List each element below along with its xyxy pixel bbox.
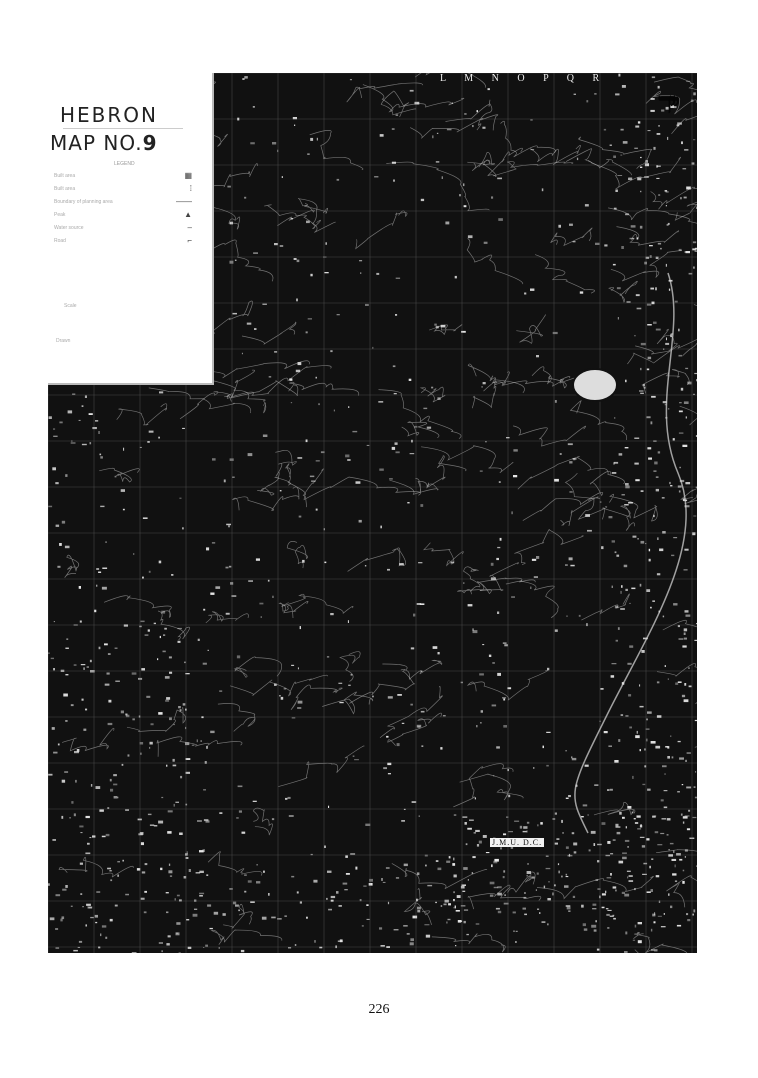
legend-item: Water source– [54, 225, 202, 235]
map-number-label: MAP NO.9 [50, 131, 158, 155]
legend-item-label: Built area [54, 186, 75, 192]
map-legend-panel: HEBRON MAP NO.9 LEGEND Built area▦Built … [48, 73, 214, 385]
legend-item-label: Peak [54, 212, 65, 218]
legend-item: Built area⁞ [54, 186, 202, 196]
legend-item-label: Boundary of planning area [54, 199, 113, 205]
legend-item: Peak▲ [54, 212, 202, 222]
legend-heading: LEGEND [114, 161, 135, 167]
place-label: J.M.U. D.C. [490, 838, 544, 847]
legend-item: Road⌐ [54, 238, 202, 248]
legend-symbol-icon: ⌐ [187, 236, 192, 245]
credit-scale: Scale [64, 303, 77, 309]
map-number-prefix: MAP NO. [50, 131, 143, 155]
page-number: 226 [0, 1002, 758, 1018]
divider [63, 128, 183, 129]
map-credits: Scale Drawn [54, 293, 204, 363]
legend-key: LEGEND Built area▦Built area⁞Boundary of… [54, 161, 202, 249]
legend-symbol-icon: —— [176, 197, 192, 206]
legend-symbol-icon: – [188, 223, 192, 232]
legend-item: Built area▦ [54, 173, 202, 183]
grid-reference-letters: L M N O P Q R [440, 73, 607, 84]
legend-symbol-icon: ▲ [184, 210, 192, 219]
legend-item-label: Road [54, 238, 66, 244]
legend-item: Boundary of planning area—— [54, 199, 202, 209]
map-title: HEBRON [60, 103, 158, 127]
credit-drawn: Drawn [56, 338, 70, 344]
legend-symbol-icon: ⁞ [190, 184, 192, 193]
map-number: 9 [143, 131, 158, 155]
legend-item-label: Water source [54, 225, 84, 231]
legend-item-label: Built area [54, 173, 75, 179]
legend-symbol-icon: ▦ [184, 171, 192, 180]
corner-mark: ייר [658, 86, 676, 121]
